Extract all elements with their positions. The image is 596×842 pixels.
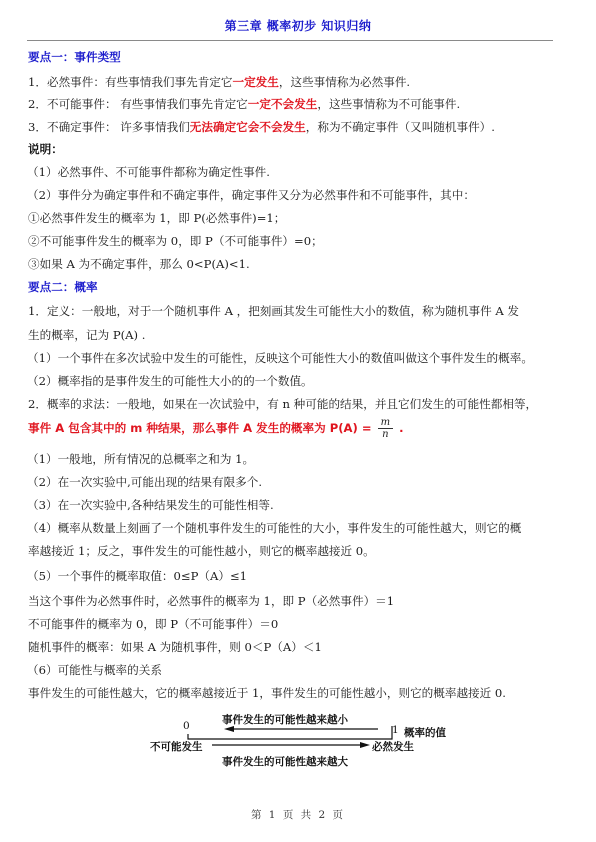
note-line: ②不可能事件发生的概率为 0，即 P（不可能事件）=0； xyxy=(28,234,323,248)
event-type-item-2: 2．不可能事件： 有些事情我们事先肯定它一定不会发生，这些事情称为不可能事件. xyxy=(28,97,460,111)
formula-text: 事件 A 包含其中的 m 种结果，那么事件 A 发生的概率为 P(A) = xyxy=(28,421,372,435)
note-line: ①必然事件发生的概率为 1，即 P(必然事件)=1； xyxy=(28,211,285,225)
page-header-title: 第三章 概率初步 知识归纳 xyxy=(0,17,596,34)
method-line: 2．概率的求法：一般地，如果在一次试验中，有 n 种可能的结果，并且它们发生的可… xyxy=(28,397,537,411)
event-type-item-1: 1．必然事件：有些事情我们事先肯定它一定发生，这些事情称为必然事件. xyxy=(28,75,410,89)
probability-formula-line: 事件 A 包含其中的 m 种结果，那么事件 A 发生的概率为 P(A) =mn. xyxy=(28,415,403,441)
method-note: （2）在一次实验中,可能出现的结果有限多个. xyxy=(27,475,262,489)
method-note: （1）一般地，所有情况的总概率之和为 1。 xyxy=(27,452,254,466)
method-note: （6）可能性与概率的关系 xyxy=(27,663,162,677)
definition-line: 1．定义：一般地，对于一个随机事件 A ，把刻画其发生可能性大小的数值，称为随机… xyxy=(28,304,519,318)
item-highlight: 无法确定它会不会发生 xyxy=(190,120,306,134)
item-highlight: 一定发生 xyxy=(232,75,278,89)
header-divider xyxy=(27,40,553,41)
note-line: ③如果 A 为不确定事件，那么 0<P(A)<1. xyxy=(28,257,250,271)
fraction-m-over-n: mn xyxy=(378,417,393,440)
method-note: 当这个事件为必然事件时，必然事件的概率为 1，即 P（必然事件）＝1 xyxy=(28,594,394,608)
method-note: 不可能事件的概率为 0，即 P（不可能事件）＝0 xyxy=(28,617,278,631)
item-text: ，这些事情称为不可能事件. xyxy=(317,97,460,111)
item-text: 3．不确定事件： 许多事情我们 xyxy=(28,120,190,134)
definition-note: （2）概率指的是事件发生的可能性大小的的一个数值。 xyxy=(27,374,313,388)
method-note: 事件发生的可能性越大，它的概率越接近于 1，事件发生的可能性越小，则它的概率越接… xyxy=(28,686,506,700)
method-note: 率越接近 1；反之，事件发生的可能性越小，则它的概率越接近 0。 xyxy=(28,544,375,558)
method-note: （5）一个事件的概率取值：0≤P（A）≤1 xyxy=(27,569,247,583)
event-type-item-3: 3．不确定事件： 许多事情我们无法确定它会不会发生，称为不确定事件（又叫随机事件… xyxy=(28,120,495,134)
fraction-denominator: n xyxy=(378,429,393,440)
probability-scale-diagram: 事件发生的可能性越来越小 0 1 概率的值 不可能发生 必然发生 事件发生的可能… xyxy=(150,712,460,772)
definition-line: 生的概率，记为 P(A) . xyxy=(28,328,145,342)
section-1-title: 要点一：事件类型 xyxy=(28,50,121,64)
method-note: （3）在一次实验中,各种结果发生的可能性相等. xyxy=(27,498,274,512)
item-highlight: 一定不会发生 xyxy=(248,97,318,111)
method-note: （4）概率从数量上刻画了一个随机事件发生的可能性的大小，事件发生的可能性越大，则… xyxy=(27,521,521,535)
definition-note: （1）一个事件在多次试验中发生的可能性，反映这个可能性大小的数值叫做这个事件发生… xyxy=(27,351,533,365)
fraction-numerator: m xyxy=(378,417,393,429)
item-text: 1．必然事件：有些事情我们事先肯定它 xyxy=(28,75,232,89)
formula-end: . xyxy=(399,421,403,435)
item-text: ，称为不确定事件（又叫随机事件）. xyxy=(306,120,495,134)
section-2-title: 要点二：概率 xyxy=(28,280,98,294)
note-line: （1）必然事件、不可能事件都称为确定性事件. xyxy=(27,165,270,179)
note-label: 说明： xyxy=(28,142,63,156)
diagram-arrows xyxy=(150,712,460,772)
method-note: 随机事件的概率：如果 A 为随机事件，则 0＜P（A）＜1 xyxy=(28,640,322,654)
item-text: ，这些事情称为必然事件. xyxy=(279,75,410,89)
note-line: （2）事件分为确定事件和不确定事件，确定事件又分为必然事件和不可能事件，其中： xyxy=(27,188,475,202)
item-text: 2．不可能事件： 有些事情我们事先肯定它 xyxy=(28,97,248,111)
page-footer: 第 1 页 共 2 页 xyxy=(0,807,596,822)
